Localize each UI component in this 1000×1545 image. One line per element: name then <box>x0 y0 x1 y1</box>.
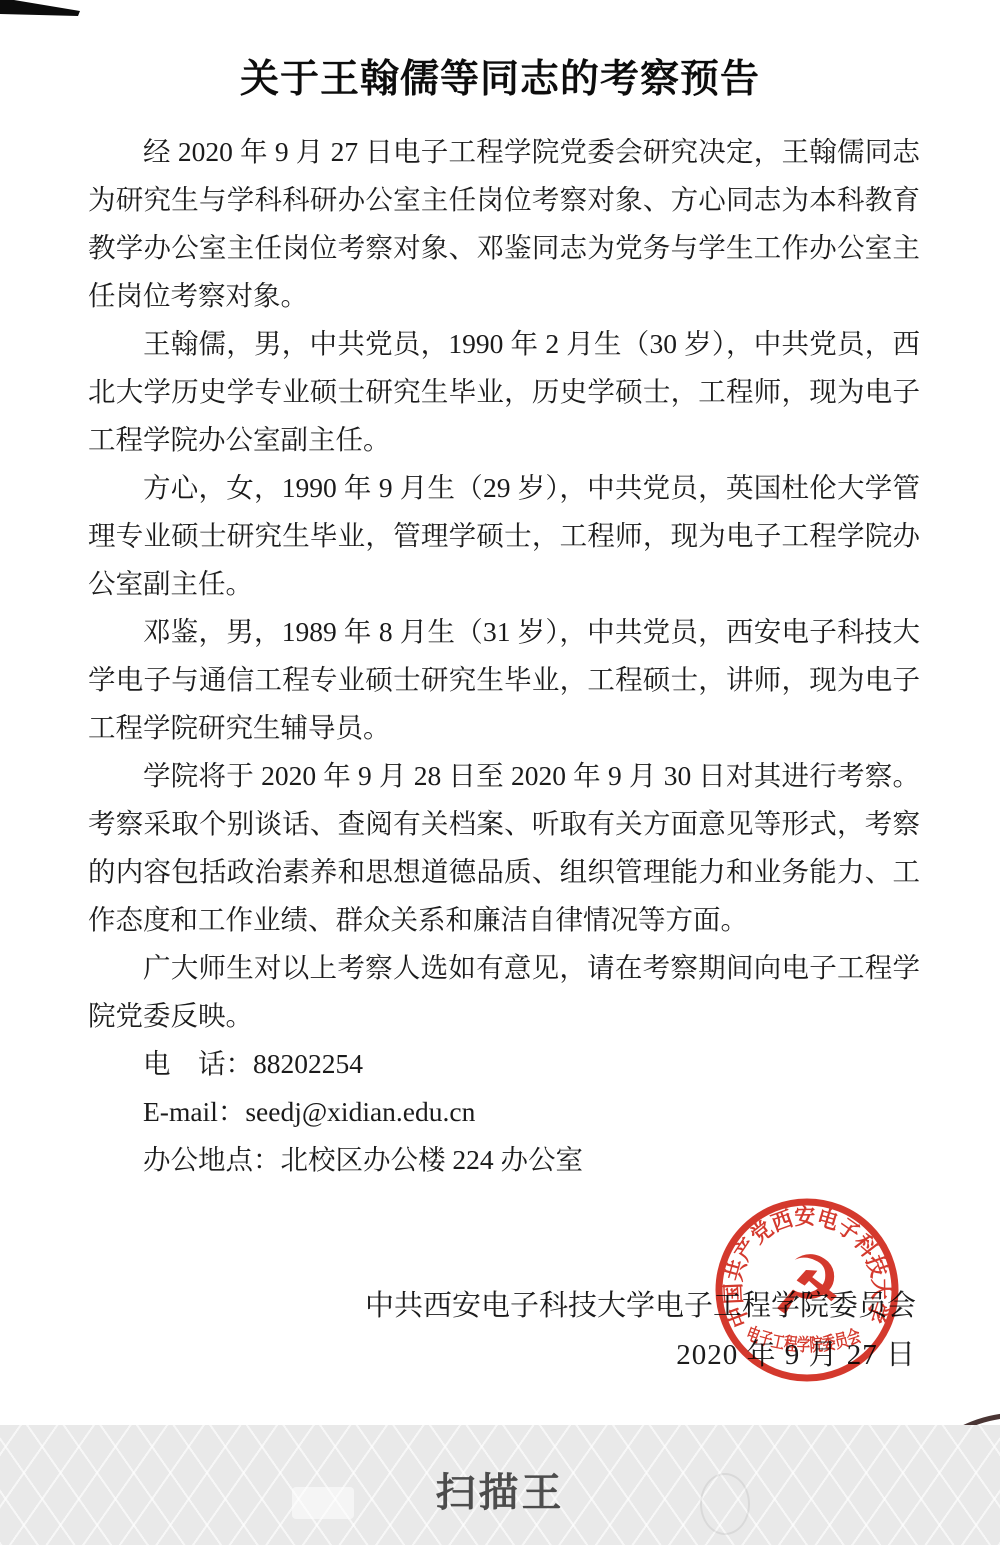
paragraph: 广大师生对以上考察人选如有意见，请在考察期间向电子工程学院党委反映。 <box>88 944 920 1040</box>
contact-line: 电 话：88202254 <box>88 1040 920 1088</box>
contact-block: 电 话：88202254E-mail：seedj@xidian.edu.cn办公… <box>88 1040 920 1184</box>
corner-mark-shape <box>0 0 80 16</box>
document-body: 经 2020 年 9 月 27 日电子工程学院党委会研究决定，王翰儒同志为研究生… <box>88 128 920 1184</box>
paragraph: 邓鉴，男，1989 年 8 月生（31 岁），中共党员，西安电子科技大学电子与通… <box>88 608 920 752</box>
contact-value: seedj@xidian.edu.cn <box>245 1096 475 1127</box>
paragraph: 方心，女，1990 年 9 月生（29 岁），中共党员，英国杜伦大学管理专业硕士… <box>88 464 920 608</box>
scanned-document-page: 关于王翰儒等同志的考察预告 经 2020 年 9 月 27 日电子工程学院党委会… <box>0 0 1000 1545</box>
contact-label: 电 话： <box>143 1048 253 1079</box>
contact-label: 办公地点： <box>143 1144 281 1175</box>
body-paragraphs: 经 2020 年 9 月 27 日电子工程学院党委会研究决定，王翰儒同志为研究生… <box>88 128 920 1040</box>
scanner-watermark-band: 扫描王 <box>0 1425 1000 1545</box>
paragraph: 学院将于 2020 年 9 月 28 日至 2020 年 9 月 30 日对其进… <box>88 752 920 944</box>
hammer-sickle-icon: ☭ <box>770 1239 844 1334</box>
contact-line: 办公地点：北校区办公楼 224 办公室 <box>88 1136 920 1184</box>
contact-line: E-mail：seedj@xidian.edu.cn <box>88 1088 920 1136</box>
scan-artifact-corner <box>0 0 90 21</box>
paragraph: 经 2020 年 9 月 27 日电子工程学院党委会研究决定，王翰儒同志为研究生… <box>88 128 920 320</box>
contact-value: 88202254 <box>253 1048 363 1079</box>
scanner-watermark-text: 扫描王 <box>0 1461 1000 1518</box>
official-seal: 中国共产党西安电子科技大学 ☭ 电子工程学院委员会 <box>707 1190 907 1390</box>
document-title: 关于王翰儒等同志的考察预告 <box>0 48 1000 104</box>
contact-value: 北校区办公楼 224 办公室 <box>281 1144 584 1175</box>
contact-label: E-mail： <box>143 1096 245 1127</box>
paragraph: 王翰儒，男，中共党员，1990 年 2 月生（30 岁），中共党员，西北大学历史… <box>88 320 920 464</box>
